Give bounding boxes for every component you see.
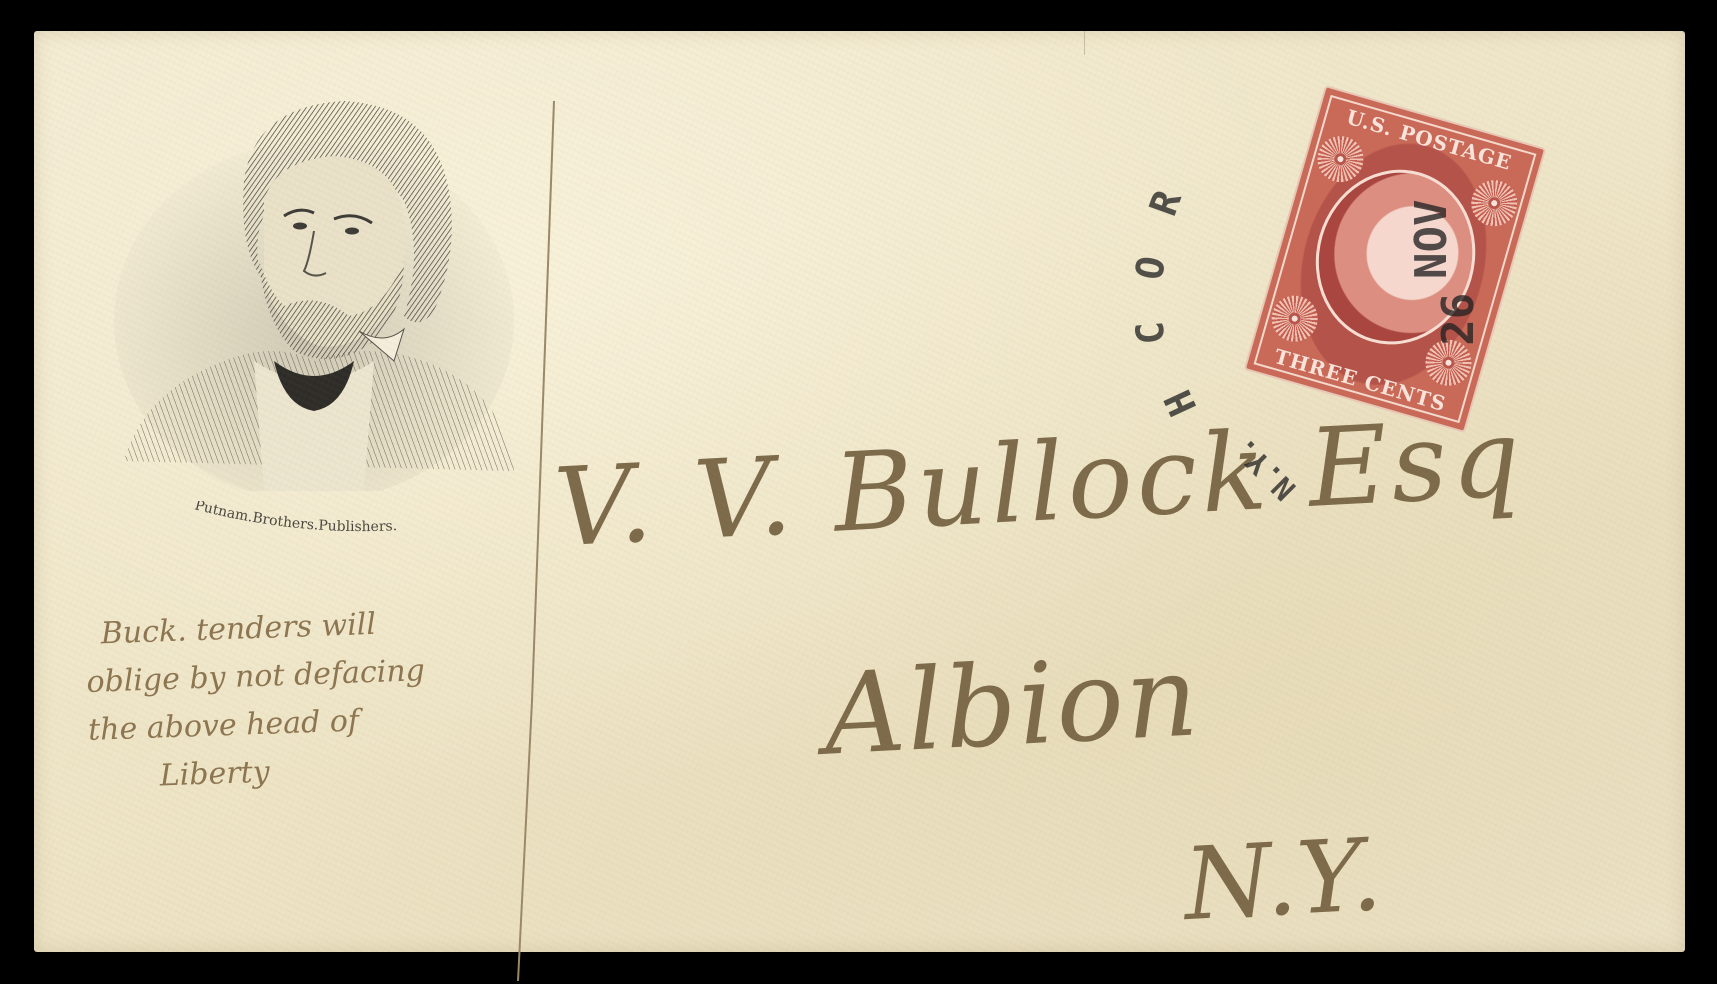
handwritten-note: Buck. tenders will oblige by not defacin… <box>84 596 520 803</box>
svg-text:Putnam.Brothers.Publishers.: Putnam.Brothers.Publishers. <box>193 501 397 535</box>
address-name: V. V. Bullock Esq <box>551 396 1526 572</box>
divider-line <box>504 101 564 981</box>
publisher-caption: Putnam.Brothers.Publishers. <box>184 501 484 551</box>
address-city: Albion <box>821 631 1203 780</box>
envelope-fold-line <box>1084 31 1085 55</box>
engraved-portrait <box>104 61 524 491</box>
address-state: N.Y. <box>1181 816 1385 943</box>
